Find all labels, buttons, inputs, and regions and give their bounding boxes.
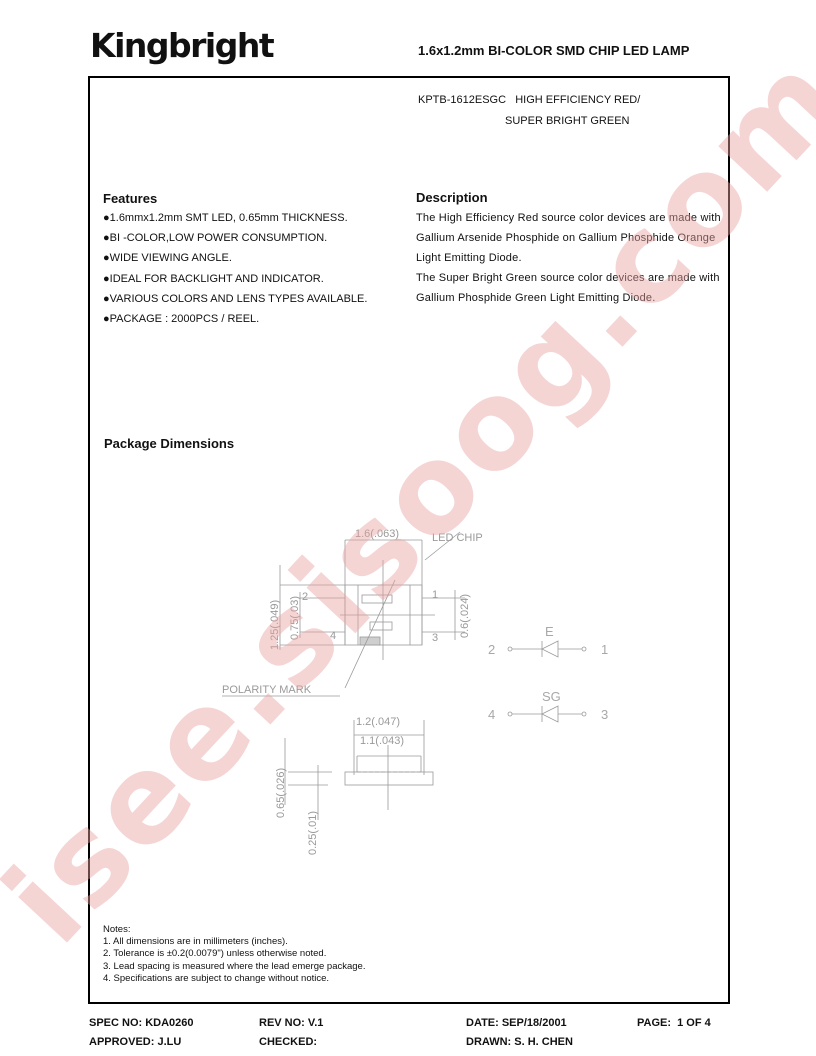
top-view: [222, 532, 465, 696]
note-item: 1. All dimensions are in millimeters (in…: [103, 936, 365, 948]
description-line: The Super Bright Green source color devi…: [416, 270, 721, 290]
feature-item: ●VARIOUS COLORS AND LENS TYPES AVAILABLE…: [103, 291, 367, 311]
side-view: [285, 720, 433, 820]
pin4-label: 4: [330, 630, 336, 642]
approved-by: APPROVED: J.LU: [89, 1033, 194, 1052]
diode-e-pin-right: 1: [601, 642, 608, 657]
dim-lead-height: 0.6(.024): [459, 594, 471, 638]
polarity-mark-label: POLARITY MARK: [222, 684, 312, 696]
note-item: 3. Lead spacing is measured where the le…: [103, 961, 365, 973]
feature-item: ●BI -COLOR,LOW POWER CONSUMPTION.: [103, 230, 367, 250]
package-dimensions-heading: Package Dimensions: [104, 436, 234, 451]
pin3-label: 3: [432, 632, 438, 644]
description-line: Gallium Arsenide Phosphide on Gallium Ph…: [416, 230, 721, 250]
note-item: 4. Specifications are subject to change …: [103, 973, 365, 985]
kingbright-logo: Kingbright: [90, 26, 273, 65]
diode-sg-pin-left: 4: [488, 707, 495, 722]
schematic-diode-sg: [508, 706, 586, 722]
schematic-diode-e: [508, 641, 586, 657]
pin2-label: 2: [302, 591, 308, 603]
diode-e-pin-left: 2: [488, 642, 495, 657]
description-line: The High Efficiency Red source color dev…: [416, 210, 721, 230]
drawn-by: DRAWN: S. H. CHEN: [466, 1033, 573, 1052]
features-heading: Features: [103, 191, 157, 206]
dim-width-top: 1.6(.063): [355, 528, 399, 540]
note-item: 2. Tolerance is ±0.2(0.0079") unless oth…: [103, 948, 365, 960]
feature-item: ●WIDE VIEWING ANGLE.: [103, 250, 367, 270]
spec-number: SPEC NO: KDA0260: [89, 1014, 194, 1033]
dim-side-width-outer: 1.2(.047): [356, 716, 400, 728]
package-dimension-drawing: 1.6(.063) LED CHIP 1 2 3 4 POLARITY MARK…: [210, 520, 640, 860]
dim-thickness: 0.65(.026): [275, 768, 287, 818]
feature-item: ●1.6mmx1.2mm SMT LED, 0.65mm THICKNESS.: [103, 210, 367, 230]
dim-base-thickness: 0.25(.01): [307, 811, 319, 855]
diode-sg-pin-right: 3: [601, 707, 608, 722]
revision-number: REV NO: V.1: [259, 1014, 323, 1033]
led-chip-label: LED CHIP: [432, 532, 483, 544]
footer-col-spec: SPEC NO: KDA0260 APPROVED: J.LU: [89, 1014, 194, 1052]
feature-item: ●PACKAGE : 2000PCS / REEL.: [103, 311, 367, 331]
part-number-line: KPTB-1612ESGC HIGH EFFICIENCY RED/: [418, 94, 640, 106]
footer-col-rev: REV NO: V.1 CHECKED:: [259, 1014, 323, 1052]
footer-col-page: PAGE: 1 OF 4: [637, 1014, 711, 1033]
pin1-label: 1: [432, 589, 438, 601]
dim-height-left: 1.25(.049): [269, 600, 281, 650]
dim-side-width-inner: 1.1(.043): [360, 735, 404, 747]
page-number: PAGE: 1 OF 4: [637, 1014, 711, 1033]
footer-col-date: DATE: SEP/18/2001 DRAWN: S. H. CHEN: [466, 1014, 573, 1052]
description-heading: Description: [416, 190, 488, 205]
part-color-line: SUPER BRIGHT GREEN: [505, 115, 630, 127]
notes-section: Notes: 1. All dimensions are in millimet…: [103, 924, 365, 985]
description-text: The High Efficiency Red source color dev…: [416, 210, 721, 310]
features-list: ●1.6mmx1.2mm SMT LED, 0.65mm THICKNESS. …: [103, 210, 367, 331]
document-date: DATE: SEP/18/2001: [466, 1014, 573, 1033]
notes-heading: Notes:: [103, 924, 365, 936]
diode-sg-label: SG: [542, 689, 561, 704]
dim-pad-pitch: 0.75(.03): [289, 596, 301, 640]
checked-by: CHECKED:: [259, 1033, 323, 1052]
diode-e-label: E: [545, 624, 554, 639]
description-line: Gallium Phosphide Green Light Emitting D…: [416, 290, 721, 310]
document-title: 1.6x1.2mm BI-COLOR SMD CHIP LED LAMP: [418, 43, 689, 58]
feature-item: ●IDEAL FOR BACKLIGHT AND INDICATOR.: [103, 271, 367, 291]
description-line: Light Emitting Diode.: [416, 250, 721, 270]
